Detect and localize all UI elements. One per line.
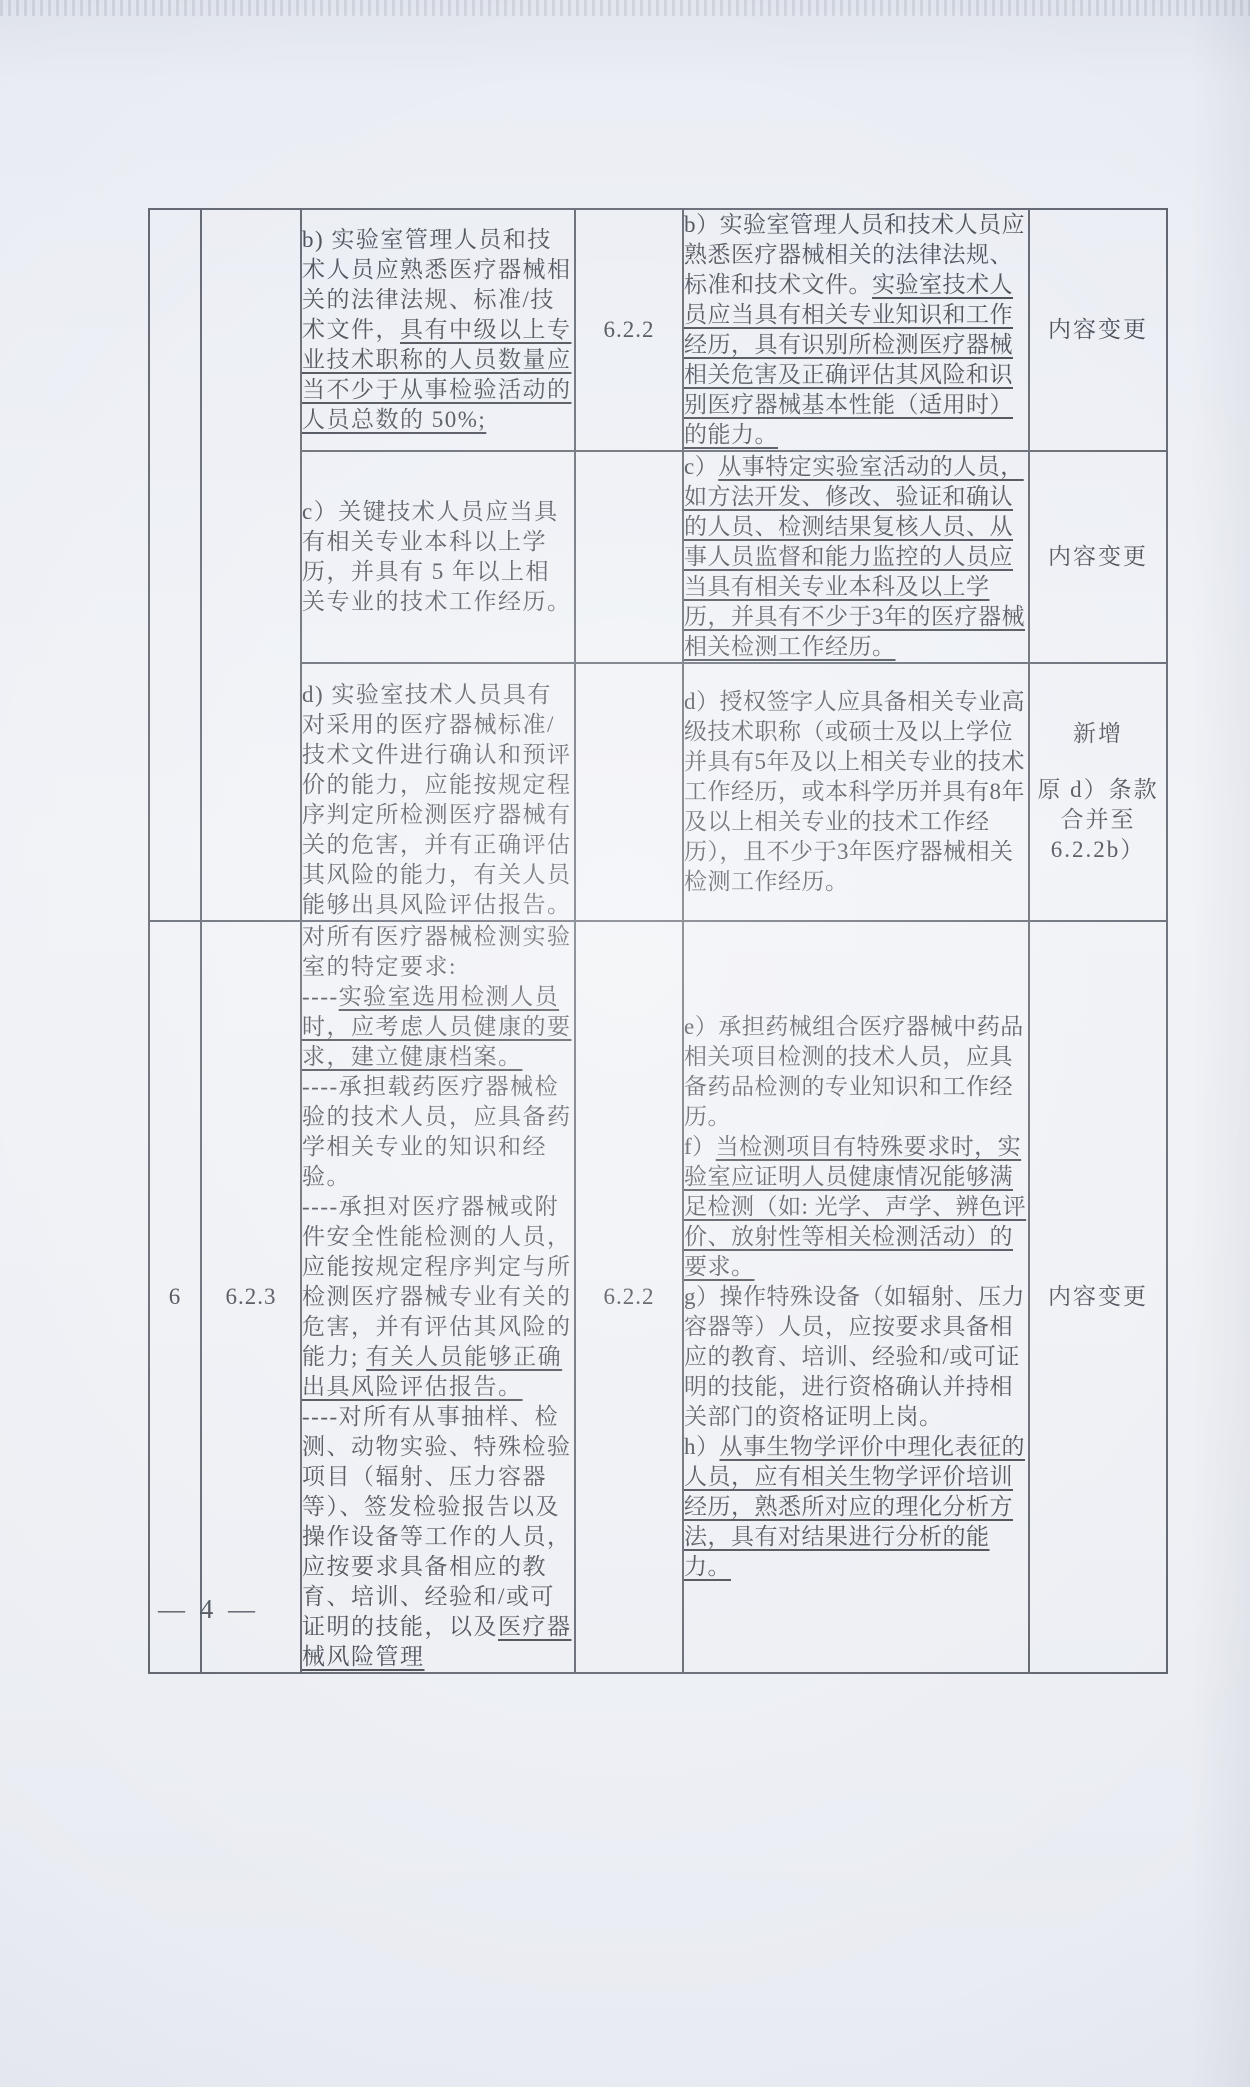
paragraph: d) 实验室技术人员具有对采用的医疗器械标准/技术文件进行确认和预评价的能力，应… bbox=[302, 680, 574, 920]
old-clause-cell: 6.2.3 bbox=[201, 921, 301, 1673]
text-segment: ----对所有从事抽样、检测、动物实验、特殊检验项目（辐射、压力容器等）、签发检… bbox=[302, 1404, 572, 1639]
scan-side-shade bbox=[1190, 0, 1250, 2087]
text-segment: 原 d）条款 bbox=[1037, 777, 1158, 802]
old-text-d: d) 实验室技术人员具有对采用的医疗器械标准/技术文件进行确认和预评价的能力，应… bbox=[302, 680, 574, 920]
change-type-d: 新增原 d）条款合并至6.2.2b） bbox=[1030, 719, 1166, 865]
change-type-cell-c: 内容变更 bbox=[1029, 451, 1167, 663]
scan-edge-noise bbox=[0, 0, 1250, 16]
paragraph: 新增 bbox=[1030, 719, 1166, 749]
text-segment: 新增 bbox=[1073, 721, 1123, 746]
text-segment: 6.2.2b） bbox=[1051, 837, 1146, 862]
change-type-623: 内容变更 bbox=[1030, 1282, 1166, 1312]
paragraph: 内容变更 bbox=[1030, 542, 1166, 572]
table-row: b) 实验室管理人员和技术人员应熟悉医疗器械相关的法律法规、标准/技术文件，具有… bbox=[149, 209, 1167, 451]
text-segment: g）操作特殊设备（如辐射、压力容器等）人员，应按要求具备相应的教育、培训、经验和… bbox=[684, 1284, 1025, 1429]
new-clause-cell-622: 6.2.2 bbox=[575, 921, 683, 1673]
change-type-cell-b: 内容变更 bbox=[1029, 209, 1167, 451]
paragraph: c）从事特定实验室活动的人员，如方法开发、修改、验证和确认的人员、检测结果复核人… bbox=[684, 452, 1028, 662]
text-segment: d) 实验室技术人员具有对采用的医疗器械标准/技术文件进行确认和预评价的能力，应… bbox=[302, 682, 572, 917]
text-segment: ----承担载药医疗器械检验的技术人员，应具备药学相关专业的知识和经验。 bbox=[302, 1074, 572, 1189]
underlined-text: 实验室技术人员应当具有相关专业知识和工作经历，具有识别所检测医疗器械相关危害及正… bbox=[684, 272, 1013, 447]
change-type-c: 内容变更 bbox=[1030, 542, 1166, 572]
change-type-cell-623: 内容变更 bbox=[1029, 921, 1167, 1673]
paragraph: 合并至 bbox=[1030, 805, 1166, 835]
new-text-d: d）授权签字人应具备相关专业高级技术职称（或硕士及以上学位并具有5年及以上相关专… bbox=[684, 687, 1028, 897]
text-segment: 内容变更 bbox=[1048, 544, 1148, 569]
underlined-text: 当检测项目有特殊要求时，实验室应证明人员健康情况能够满足检测（如: 光学、声学、… bbox=[684, 1134, 1026, 1279]
paragraph: 原 d）条款 bbox=[1030, 775, 1166, 805]
old-text-623: 对所有医疗器械检测实验室的特定要求:----实验室选用检测人员时，应考虑人员健康… bbox=[302, 922, 574, 1672]
text-segment: ---- bbox=[302, 984, 339, 1009]
text-segment: 内容变更 bbox=[1048, 1284, 1148, 1309]
change-type-b: 内容变更 bbox=[1030, 315, 1166, 345]
paragraph: 6.2.2b） bbox=[1030, 835, 1166, 865]
text-segment: c） bbox=[684, 454, 718, 479]
old-text-cell-b: b) 实验室管理人员和技术人员应熟悉医疗器械相关的法律法规、标准/技术文件，具有… bbox=[301, 209, 575, 451]
old-text-c: c）关键技术人员应当具有相关专业本科以上学历，并具有 5 年以上相关专业的技术工… bbox=[302, 497, 574, 617]
old-text-cell-c: c）关键技术人员应当具有相关专业本科以上学历，并具有 5 年以上相关专业的技术工… bbox=[301, 451, 575, 663]
paragraph: 对所有医疗器械检测实验室的特定要求: bbox=[302, 922, 574, 982]
seq-cell-empty bbox=[149, 209, 201, 921]
paragraph: h）从事生物学评价中理化表征的人员，应有相关生物学评价培训经历，熟悉所对应的理化… bbox=[684, 1432, 1028, 1582]
paragraph: f）当检测项目有特殊要求时，实验室应证明人员健康情况能够满足检测（如: 光学、声… bbox=[684, 1132, 1028, 1282]
text-segment: c）关键技术人员应当具有相关专业本科以上学历，并具有 5 年以上相关专业的技术工… bbox=[302, 499, 572, 614]
paragraph: ----实验室选用检测人员时，应考虑人员健康的要求，建立健康档案。 bbox=[302, 982, 574, 1072]
text-segment: 内容变更 bbox=[1048, 317, 1148, 342]
change-type-cell-d: 新增原 d）条款合并至6.2.2b） bbox=[1029, 663, 1167, 921]
table-row: 6 6.2.3 对所有医疗器械检测实验室的特定要求:----实验室选用检测人员时… bbox=[149, 921, 1167, 1673]
text-segment: ----承担对医疗器械或附件安全性能检测的人员，应能按规定程序判定与所检测医疗器… bbox=[302, 1194, 572, 1369]
new-text-c: c）从事特定实验室活动的人员，如方法开发、修改、验证和确认的人员、检测结果复核人… bbox=[684, 452, 1028, 662]
clause-comparison-table: b) 实验室管理人员和技术人员应熟悉医疗器械相关的法律法规、标准/技术文件，具有… bbox=[148, 208, 1168, 1674]
paragraph: 内容变更 bbox=[1030, 315, 1166, 345]
paragraph: b）实验室管理人员和技术人员应熟悉医疗器械相关的法律法规、标准和技术文件。实验室… bbox=[684, 210, 1028, 450]
old-clause-number: 6.2.3 bbox=[226, 1284, 277, 1309]
underlined-text: 实验室选用检测人员时，应考虑人员健康的要求，建立健康档案。 bbox=[302, 984, 572, 1069]
new-clause-number: 6.2.2 bbox=[604, 1284, 655, 1309]
text-segment: 对所有医疗器械检测实验室的特定要求: bbox=[302, 924, 572, 979]
old-text-cell-623: 对所有医疗器械检测实验室的特定要求:----实验室选用检测人员时，应考虑人员健康… bbox=[301, 921, 575, 1673]
underlined-text: 从事生物学评价中理化表征的人员，应有相关生物学评价培训经历，熟悉所对应的理化分析… bbox=[684, 1434, 1025, 1579]
new-text-cell-efgh: e）承担药械组合医疗器械中药品相关项目检测的技术人员，应具备药品检测的专业知识和… bbox=[683, 921, 1029, 1673]
new-clause-cell-c bbox=[575, 451, 683, 663]
new-text-cell-d: d）授权签字人应具备相关专业高级技术职称（或硕士及以上学位并具有5年及以上相关专… bbox=[683, 663, 1029, 921]
paragraph: d）授权签字人应具备相关专业高级技术职称（或硕士及以上学位并具有5年及以上相关专… bbox=[684, 687, 1028, 897]
new-text-cell-b: b）实验室管理人员和技术人员应熟悉医疗器械相关的法律法规、标准和技术文件。实验室… bbox=[683, 209, 1029, 451]
old-text-b: b) 实验室管理人员和技术人员应熟悉医疗器械相关的法律法规、标准/技术文件，具有… bbox=[302, 225, 574, 435]
text-segment: 合并至 bbox=[1061, 807, 1136, 832]
paragraph: c）关键技术人员应当具有相关专业本科以上学历，并具有 5 年以上相关专业的技术工… bbox=[302, 497, 574, 617]
old-text-cell-d: d) 实验室技术人员具有对采用的医疗器械标准/技术文件进行确认和预评价的能力，应… bbox=[301, 663, 575, 921]
text-segment: f） bbox=[684, 1134, 716, 1159]
old-clause-cell-empty bbox=[201, 209, 301, 921]
seq-cell: 6 bbox=[149, 921, 201, 1673]
seq-number: 6 bbox=[169, 1284, 182, 1309]
table-row: c）关键技术人员应当具有相关专业本科以上学历，并具有 5 年以上相关专业的技术工… bbox=[149, 451, 1167, 663]
new-text-b: b）实验室管理人员和技术人员应熟悉医疗器械相关的法律法规、标准和技术文件。实验室… bbox=[684, 210, 1028, 450]
paragraph: ----承担对医疗器械或附件安全性能检测的人员，应能按规定程序判定与所检测医疗器… bbox=[302, 1192, 574, 1402]
paragraph: 内容变更 bbox=[1030, 1282, 1166, 1312]
text-segment: h） bbox=[684, 1434, 720, 1459]
paragraph: ----承担载药医疗器械检验的技术人员，应具备药学相关专业的知识和经验。 bbox=[302, 1072, 574, 1192]
paragraph: ----对所有从事抽样、检测、动物实验、特殊检验项目（辐射、压力容器等）、签发检… bbox=[302, 1402, 574, 1672]
new-clause-cell-b: 6.2.2 bbox=[575, 209, 683, 451]
paragraph bbox=[1030, 749, 1166, 775]
paragraph: b) 实验室管理人员和技术人员应熟悉医疗器械相关的法律法规、标准/技术文件，具有… bbox=[302, 225, 574, 435]
new-clause-cell-d bbox=[575, 663, 683, 921]
paragraph: g）操作特殊设备（如辐射、压力容器等）人员，应按要求具备相应的教育、培训、经验和… bbox=[684, 1282, 1028, 1432]
table-row: d) 实验室技术人员具有对采用的医疗器械标准/技术文件进行确认和预评价的能力，应… bbox=[149, 663, 1167, 921]
text-segment: e）承担药械组合医疗器械中药品相关项目检测的技术人员，应具备药品检测的专业知识和… bbox=[684, 1014, 1024, 1129]
scanned-document-page: b) 实验室管理人员和技术人员应熟悉医疗器械相关的法律法规、标准/技术文件，具有… bbox=[0, 0, 1250, 2087]
new-clause-number: 6.2.2 bbox=[604, 317, 655, 342]
new-text-efgh: e）承担药械组合医疗器械中药品相关项目检测的技术人员，应具备药品检测的专业知识和… bbox=[684, 1012, 1028, 1582]
new-text-cell-c: c）从事特定实验室活动的人员，如方法开发、修改、验证和确认的人员、检测结果复核人… bbox=[683, 451, 1029, 663]
paragraph: e）承担药械组合医疗器械中药品相关项目检测的技术人员，应具备药品检测的专业知识和… bbox=[684, 1012, 1028, 1132]
underlined-text: 从事特定实验室活动的人员，如方法开发、修改、验证和确认的人员、检测结果复核人员、… bbox=[684, 454, 1025, 659]
text-segment: d）授权签字人应具备相关专业高级技术职称（或硕士及以上学位并具有5年及以上相关专… bbox=[684, 689, 1025, 894]
page-number: — 4 — bbox=[158, 1594, 259, 1625]
